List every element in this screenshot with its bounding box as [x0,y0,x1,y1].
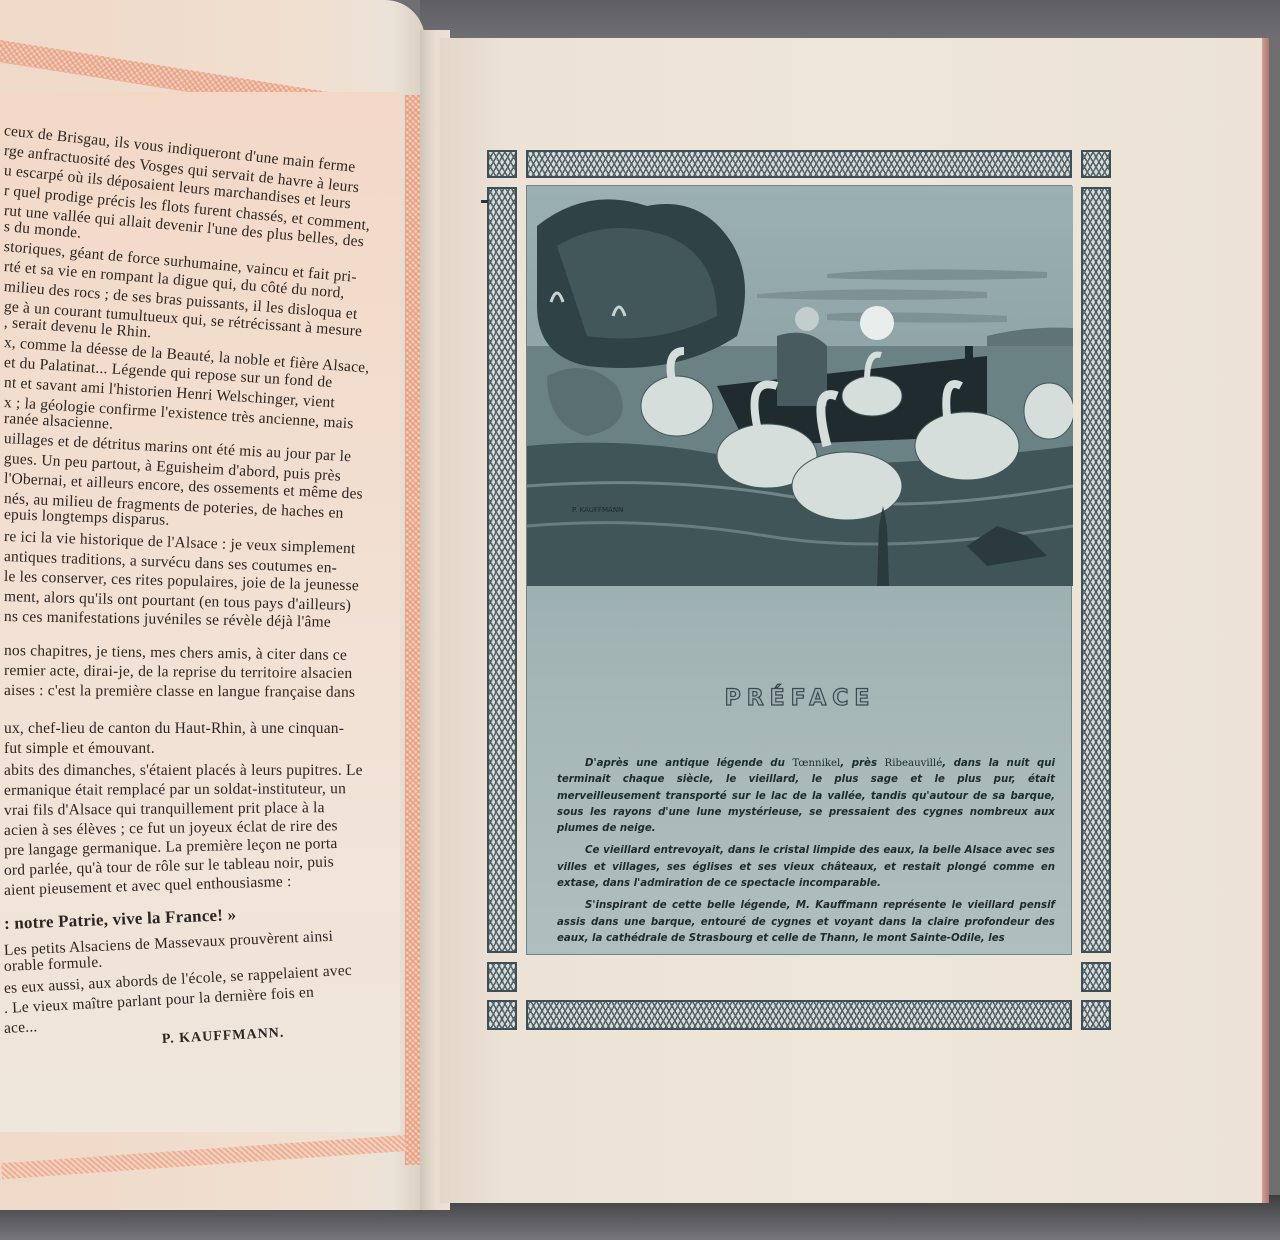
text-line: vrai fils d'Alsace qui tranquillement pr… [4,799,325,820]
text-line: fut simple et émouvant. [4,740,155,758]
left-page: ceux de Brisgau, ils vous indiqueront d'… [0,0,425,1210]
printer-mark [481,200,488,203]
text-run: Ce vieillard entrevoyait, dans le crista… [557,845,1055,889]
book-cover-edge [1262,38,1269,1203]
text-run: D'après une antique légende du [585,758,792,769]
border-corner-top-right [1081,150,1111,178]
table-surface-top [420,0,1280,40]
author-signature: P. KAUFFMANN. [162,1026,285,1048]
text-line: ux, chef-lieu de canton du Haut-Rhin, à … [4,720,344,738]
text-line: aises : c'est la première classe en lang… [4,682,355,702]
text-line: ace... [4,1018,38,1038]
left-page-border-bottom [1,1135,406,1179]
text-line: ermanique était remplacé par un soldat-i… [4,780,346,800]
swan-lake-illustration: P. KAUFFMANN [527,186,1073,586]
page-title: PRÉFACE [527,686,1073,711]
text-run: , près [840,758,884,769]
preface-paragraph: Ce vieillard entrevoyait, dans le crista… [557,843,1055,892]
text-run: Ribeauvillé [885,758,943,769]
text-line: : notre Patrie, vive la France! » [4,905,237,934]
border-corner-bottom-left [487,1000,517,1030]
left-page-text-panel: ceux de Brisgau, ils vous indiqueront d'… [0,92,400,1132]
text-run: Tœnnikel [792,758,840,769]
border-corner-bottom-right [1081,1000,1111,1030]
text-line: abits des dimanches, s'étaient placés à … [4,762,363,780]
border-corner-top-left [487,150,517,178]
text-run: , dans la nuit qui terminait chaque sièc… [557,758,1055,834]
preface-paragraph: S'inspirant de cette belle légende, M. K… [557,898,1055,947]
left-page-border-right [405,95,421,1165]
text-line: orable formule. [4,954,103,976]
preface-paragraph: D'après une antique légende du Tœnnikel,… [557,756,1055,837]
border-right [1081,187,1111,953]
text-line: remier acte, dirai-je, de la reprise du … [4,662,352,683]
border-right-lower [1081,962,1111,992]
border-left [487,187,517,953]
text-run: S'inspirant de cette belle légende, M. K… [557,900,1055,944]
border-bottom [526,1000,1072,1030]
preface-text: D'après une antique légende du Tœnnikel,… [557,756,1055,953]
artist-signature: P. KAUFFMANN [572,506,623,514]
text-line: nos chapitres, je tiens, mes chers amis,… [4,642,347,665]
border-left-lower [487,962,517,992]
preface-plate: P. KAUFFMANN PRÉFACE D'après une antique… [526,185,1072,955]
border-top [526,150,1072,178]
